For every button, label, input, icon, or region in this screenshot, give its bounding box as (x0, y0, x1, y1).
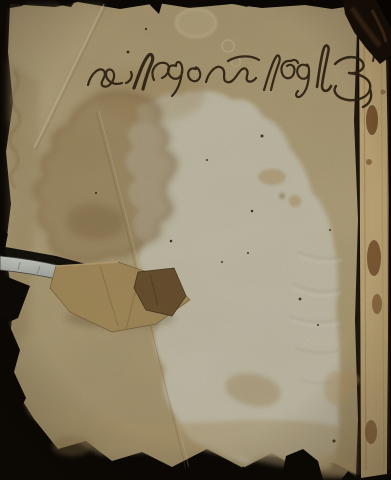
photo-stage: Aged manuscript book cover, dated 1596 (0, 0, 391, 480)
vignette (0, 0, 391, 480)
manuscript-svg: Aged manuscript book cover, dated 1596 (0, 0, 391, 480)
manuscript-photo: Aged manuscript book cover, dated 1596 (0, 0, 391, 480)
